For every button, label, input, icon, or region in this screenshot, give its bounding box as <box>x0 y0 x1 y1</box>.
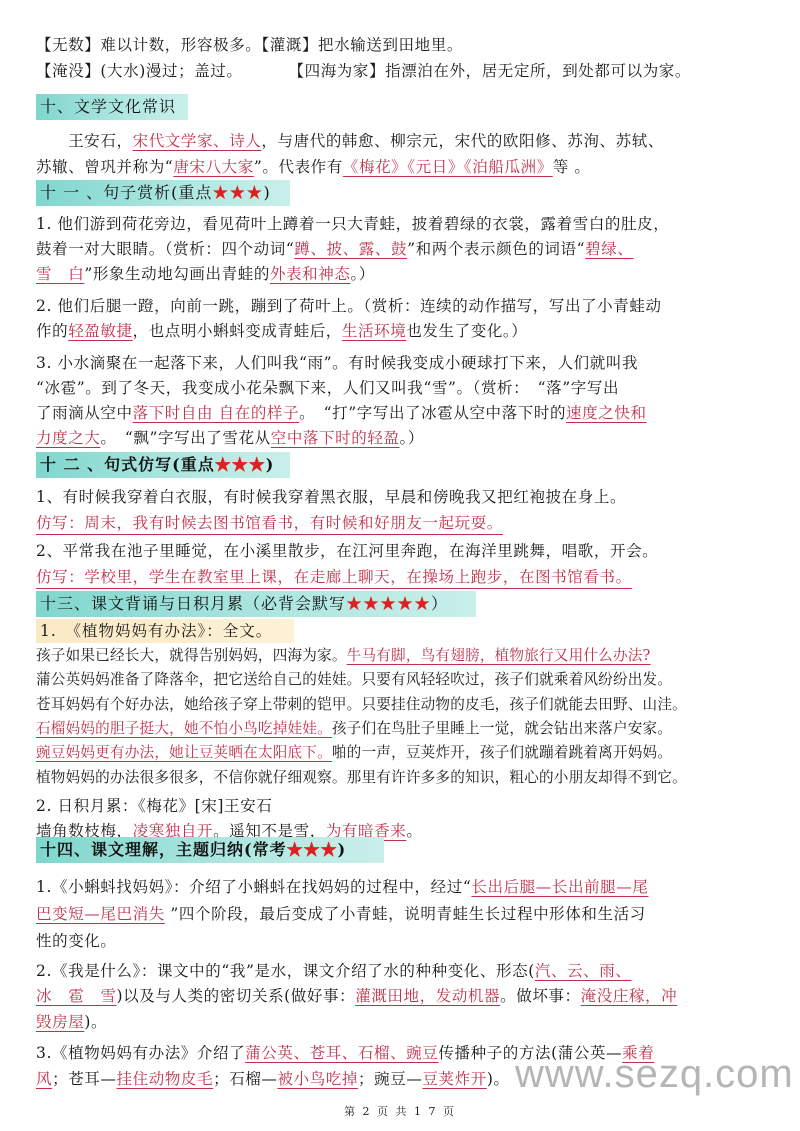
s13-line: 豌豆妈妈更有办法，她让豆荚晒在太阳底下。啪的一声，豆荚炸开，孩子们就蹦着跳着离开… <box>36 742 672 764</box>
star-rating-icon: ★★★ <box>212 183 263 202</box>
text-run: )以及与人类的密切关系(做好事： <box>117 987 356 1005</box>
highlighted-answer: 石榴妈妈的胆子挺大，她不怕小鸟吃掉娃娃。 <box>36 720 332 737</box>
highlighted-answer: 空中落下时的轻盈 <box>271 429 400 447</box>
vocab-line-1: 【无数】难以计数，形容极多。【灌溉】把水输送到田地里。 <box>36 34 463 56</box>
heading-text: 十四、课文理解，主题归纳(常考 <box>40 840 287 859</box>
text-run: 也发生了变化。） <box>406 322 527 340</box>
s14-line: 2.《我是什么》：课文中的“我”是水，课文介绍了水的种种变化、形态(汽、云、雨、 <box>36 960 631 982</box>
text-run: ；石榴— <box>213 1070 277 1088</box>
heading-close: ） <box>431 594 448 613</box>
text-run: 2.《我是什么》：课文中的“我”是水，课文介绍了水的种种变化、形态( <box>36 962 535 980</box>
watermark: www.sezq.com <box>515 1052 794 1097</box>
highlighted-answer: 巴变短—尾巴消失 <box>36 905 165 923</box>
highlighted-answer: 风 <box>36 1070 52 1088</box>
highlighted-answer: 碧绿、 <box>585 240 633 258</box>
highlighted-answer: 仿写：周末，我有时候去图书馆看书，有时候和好朋友一起玩耍。 <box>36 512 503 535</box>
s12-line: 仿写：周末，我有时候去图书馆看书，有时候和好朋友一起玩耍。 <box>36 512 503 535</box>
s12-line: 仿写：学校里，学生在教室里上课，在走廊上聊天，在操场上跑步，在图书馆看书。 <box>36 566 632 589</box>
star-rating-icon: ★★★★★ <box>346 594 431 613</box>
s14-line: 性的变化。 <box>36 930 117 952</box>
s11-line: 雪 白”形象生动地勾画出青蛙的外表和神态。） <box>36 263 375 285</box>
text-run: 【无数】难以计数，形容极多。【灌溉】把水输送到田地里。 <box>36 36 463 54</box>
s11-line: 力度之大。 “飘”字写出了雪花从空中落下时的轻盈。） <box>36 427 424 449</box>
s11-line: 了雨滴从空中落下时自由 自在的样子。 “打”字写出了冰雹从空中落下时的速度之快和 <box>36 402 647 424</box>
text-run: 。） <box>350 265 374 283</box>
vocab-sihaiweijia: 【四海为家】指漂泊在外，居无定所，到处都可以为家。 <box>289 62 692 80</box>
s11-line: 作的轻盈敏捷，也点明小蝌蚪变成青蛙后，生活环境也发生了变化。） <box>36 320 527 342</box>
star-rating-icon: ★★★ <box>215 455 266 474</box>
heading-close: ) <box>266 455 275 474</box>
text-run: 鼓着一对大眼睛。（赏析：四个动词“ <box>36 240 294 258</box>
highlighted-answer: 冰 雹 雪 <box>36 987 117 1005</box>
heading-text: 十 二 、句式仿写(重点 <box>40 455 215 474</box>
section-14-heading: 十四、课文理解，主题归纳(常考★★★) <box>36 837 384 863</box>
text-run: 蒲公英妈妈准备了降落伞，把它送给自己的娃娃。只要有风轻轻吹过，孩子们就乘着风纷纷… <box>36 671 672 688</box>
highlighted-answer: 毁房屋 <box>36 1013 84 1031</box>
page-number: 第 2 页 共 1 7 页 <box>0 1103 800 1119</box>
s14-line: 风；苍耳—挂住动物皮毛；石榴—被小鸟吃掉；豌豆—豆荚炸开)。 <box>36 1068 510 1090</box>
text-run: 。做坏事： <box>500 987 581 1005</box>
s11-line: 1. 他们游到荷花旁边，看见荷叶上蹲着一只大青蛙，披着碧绿的衣裳，露着雪白的肚皮… <box>36 213 669 235</box>
highlighted-answer: 落下时自由 自在的样子 <box>133 404 300 422</box>
text-run: ，与唐代的韩愈、柳宗元，宋代的欧阳修、苏洵、苏轼、 <box>261 132 664 150</box>
s13-line: 石榴妈妈的胆子挺大，她不怕小鸟吃掉娃娃。孩子们在鸟肚子里睡上一觉，就会钻出来落户… <box>36 718 672 740</box>
text-run: 啪的一声，豆荚炸开，孩子们就蹦着跳着离开妈妈。 <box>332 744 672 761</box>
text-run: “冰雹”。到了冬天，我变成小花朵飘下来，人们又叫我“雪”。（赏析： “落”字写出 <box>36 379 619 397</box>
s13-line: 蒲公英妈妈准备了降落伞，把它送给自己的娃娃。只要有风轻轻吹过，孩子们就乘着风纷纷… <box>36 669 672 691</box>
s10-line: 王安石，宋代文学家、诗人，与唐代的韩愈、柳宗元，宋代的欧阳修、苏洵、苏轼、 <box>36 130 664 152</box>
highlighted-answer: 挂住动物皮毛 <box>117 1070 214 1088</box>
s14-line: 1.《小蝌蚪找妈妈》：介绍了小蝌蚪在找妈妈的过程中，经过“长出后腿—长出前腿—尾 <box>36 876 648 898</box>
s14-line: 巴变短—尾巴消失 ”四个阶段，最后变成了小青蛙，说明青蛙生长过程中形体和生活习 <box>36 903 646 925</box>
s12-line: 2、平常我在池子里睡觉，在小溪里散步，在江河里奔跑，在海洋里跳舞，唱歌，开会。 <box>36 540 658 562</box>
text-run: ”。代表作有 <box>254 158 343 176</box>
text-run: 苍耳妈妈有个好办法，她给孩子穿上带刺的铠甲。只要挂住动物的皮毛，孩子们就能去田野… <box>36 696 687 713</box>
recitation-subheading: 1. 《植物妈妈有办法》：全文。 <box>36 619 294 643</box>
highlighted-answer: 蹲、披、露、鼓 <box>294 240 407 258</box>
highlighted-answer: 汽、云、雨、 <box>535 962 632 980</box>
text-run: 等 。 <box>553 158 591 176</box>
text-run: 。 “打”字写出了冰雹从空中落下时的 <box>299 404 566 422</box>
text-run: )。 <box>487 1070 510 1088</box>
highlighted-answer: 豌豆妈妈更有办法，她让豆荚晒在太阳底下。 <box>36 744 332 761</box>
text-run: 植物妈妈的办法很多很多，不信你就仔细观察。那里有许许多多的知识，粗心的小朋友却得… <box>36 769 687 786</box>
highlighted-answer: 牛马有脚，鸟有翅膀，植物旅行又用什么办法? <box>347 647 651 664</box>
highlighted-answer: 雪 白 <box>36 265 84 283</box>
s10-line: 苏辙、曾巩并称为“唐宋八大家”。代表作有《梅花》《元日》《泊船瓜洲》等 。 <box>36 156 591 178</box>
text-run: 。 “飘”字写出了雪花从 <box>100 429 270 447</box>
text-run: 孩子如果已经长大，就得告别妈妈，四海为家。 <box>36 647 347 664</box>
highlighted-answer: 《梅花》《元日》《泊船瓜洲》 <box>343 158 553 176</box>
text-run: 了雨滴从空中 <box>36 404 133 422</box>
s11-line: “冰雹”。到了冬天，我变成小花朵飘下来，人们又叫我“雪”。（赏析： “落”字写出 <box>36 377 619 399</box>
highlighted-answer: 速度之快和 <box>566 404 647 422</box>
s11-line: 鼓着一对大眼睛。（赏析：四个动词“蹲、披、露、鼓”和两个表示颜色的词语“碧绿、 <box>36 238 633 260</box>
section-13-heading: 十三、课文背诵与日积月累（必背会默写★★★★★） <box>36 591 476 617</box>
highlighted-answer: 淹没庄稼，冲 <box>581 987 678 1005</box>
heading-text: 十 一 、句子赏析(重点 <box>40 183 212 202</box>
s14-line: 毁房屋)。 <box>36 1011 107 1033</box>
section-10-heading: 十、文学文化常识 <box>36 94 188 120</box>
highlighted-answer: 被小鸟吃掉 <box>278 1070 359 1088</box>
highlighted-answer: 灌溉田地，发动机器 <box>355 987 500 1005</box>
s13-line: 植物妈妈的办法很多很多，不信你就仔细观察。那里有许许多多的知识，粗心的小朋友却得… <box>36 767 687 789</box>
highlighted-answer: 外表和神态 <box>270 265 351 283</box>
text-run: )。 <box>84 1013 107 1031</box>
s13-line: 苍耳妈妈有个好办法，她给孩子穿上带刺的铠甲。只要挂住动物的皮毛，孩子们就能去田野… <box>36 694 687 716</box>
heading-close: ) <box>338 840 347 859</box>
s11-line: 3. 小水滴聚在一起落下来，人们叫我“雨”。有时候我变成小硬球打下来，人们就叫我 <box>36 352 638 374</box>
text-run: ”四个阶段，最后变成了小青蛙，说明青蛙生长过程中形体和生活习 <box>165 905 646 923</box>
text-run: ；苍耳— <box>52 1070 116 1088</box>
highlighted-answer: 仿写：学校里，学生在教室里上课，在走廊上聊天，在操场上跑步，在图书馆看书。 <box>36 566 632 589</box>
text-run: 2、平常我在池子里睡觉，在小溪里散步，在江河里奔跑，在海洋里跳舞，唱歌，开会。 <box>36 542 658 560</box>
highlighted-answer: 蒲公英、苍耳、石榴、豌豆 <box>245 1044 438 1062</box>
text-run: 1. 他们游到荷花旁边，看见荷叶上蹲着一只大青蛙，披着碧绿的衣裳，露着雪白的肚皮… <box>36 215 669 233</box>
text-run: ；豌豆— <box>358 1070 422 1088</box>
text-run: 2. 他们后腿一蹬，向前一跳，蹦到了荷叶上。（赏析：连续的动作描写，写出了小青蛙… <box>36 297 662 315</box>
vocab-yanmo: 【淹没】(大水)漫过；盖过。 <box>36 62 243 80</box>
text-run: 3. 小水滴聚在一起落下来，人们叫我“雨”。有时候我变成小硬球打下来，人们就叫我 <box>36 354 638 372</box>
highlighted-answer: 长出后腿—长出前腿—尾 <box>471 878 648 896</box>
s12-line: 1、有时候我穿着白衣服，有时候我穿着黑衣服，早晨和傍晚我又把红袍披在身上。 <box>36 486 626 508</box>
vocab-line-2: 【淹没】(大水)漫过；盖过。【四海为家】指漂泊在外，居无定所，到处都可以为家。 <box>36 60 691 82</box>
highlighted-answer: 唐宋八大家 <box>173 158 254 176</box>
text-run: 孩子们在鸟肚子里睡上一觉，就会钻出来落户安家。 <box>332 720 672 737</box>
section-11-heading: 十 一 、句子赏析(重点★★★) <box>36 180 290 206</box>
highlighted-answer: 豆荚炸开 <box>422 1070 486 1088</box>
star-rating-icon: ★★★ <box>287 840 338 859</box>
text-run: 性的变化。 <box>36 932 117 950</box>
text-run: ”和两个表示颜色的词语“ <box>407 240 585 258</box>
text-run: 1.《小蝌蚪找妈妈》：介绍了小蝌蚪在找妈妈的过程中，经过“ <box>36 878 471 896</box>
text-run: 王安石， <box>36 132 133 150</box>
text-run: 2. 日积月累：《梅花》[宋]王安石 <box>36 797 272 815</box>
highlighted-answer: 力度之大 <box>36 429 100 447</box>
text-run: ，也点明小蝌蚪变成青蛙后， <box>133 322 342 340</box>
text-run: 。 <box>406 822 422 840</box>
text-run: 3.《植物妈妈有办法》介绍了 <box>36 1044 245 1062</box>
highlighted-answer: 宋代文学家、诗人 <box>133 132 262 150</box>
heading-close: ) <box>263 183 270 202</box>
s13-line: 2. 日积月累：《梅花》[宋]王安石 <box>36 795 272 817</box>
text-run: 1、有时候我穿着白衣服，有时候我穿着黑衣服，早晨和傍晚我又把红袍披在身上。 <box>36 488 626 506</box>
s11-line: 2. 他们后腿一蹬，向前一跳，蹦到了荷叶上。（赏析：连续的动作描写，写出了小青蛙… <box>36 295 662 317</box>
text-run: 。） <box>400 429 424 447</box>
s13-line: 孩子如果已经长大，就得告别妈妈，四海为家。牛马有脚，鸟有翅膀，植物旅行又用什么办… <box>36 645 651 667</box>
s14-line: 冰 雹 雪)以及与人类的密切关系(做好事：灌溉田地，发动机器。做坏事：淹没庄稼，… <box>36 985 677 1007</box>
section-12-heading: 十 二 、句式仿写(重点★★★) <box>36 452 290 478</box>
heading-text: 十三、课文背诵与日积月累（必背会默写 <box>40 594 346 613</box>
text-run: ”形象生动地勾画出青蛙的 <box>84 265 270 283</box>
text-run: 作的 <box>36 322 68 340</box>
highlighted-answer: 轻盈敏捷 <box>68 322 132 340</box>
highlighted-answer: 生活环境 <box>342 322 406 340</box>
text-run: 苏辙、曾巩并称为“ <box>36 158 173 176</box>
